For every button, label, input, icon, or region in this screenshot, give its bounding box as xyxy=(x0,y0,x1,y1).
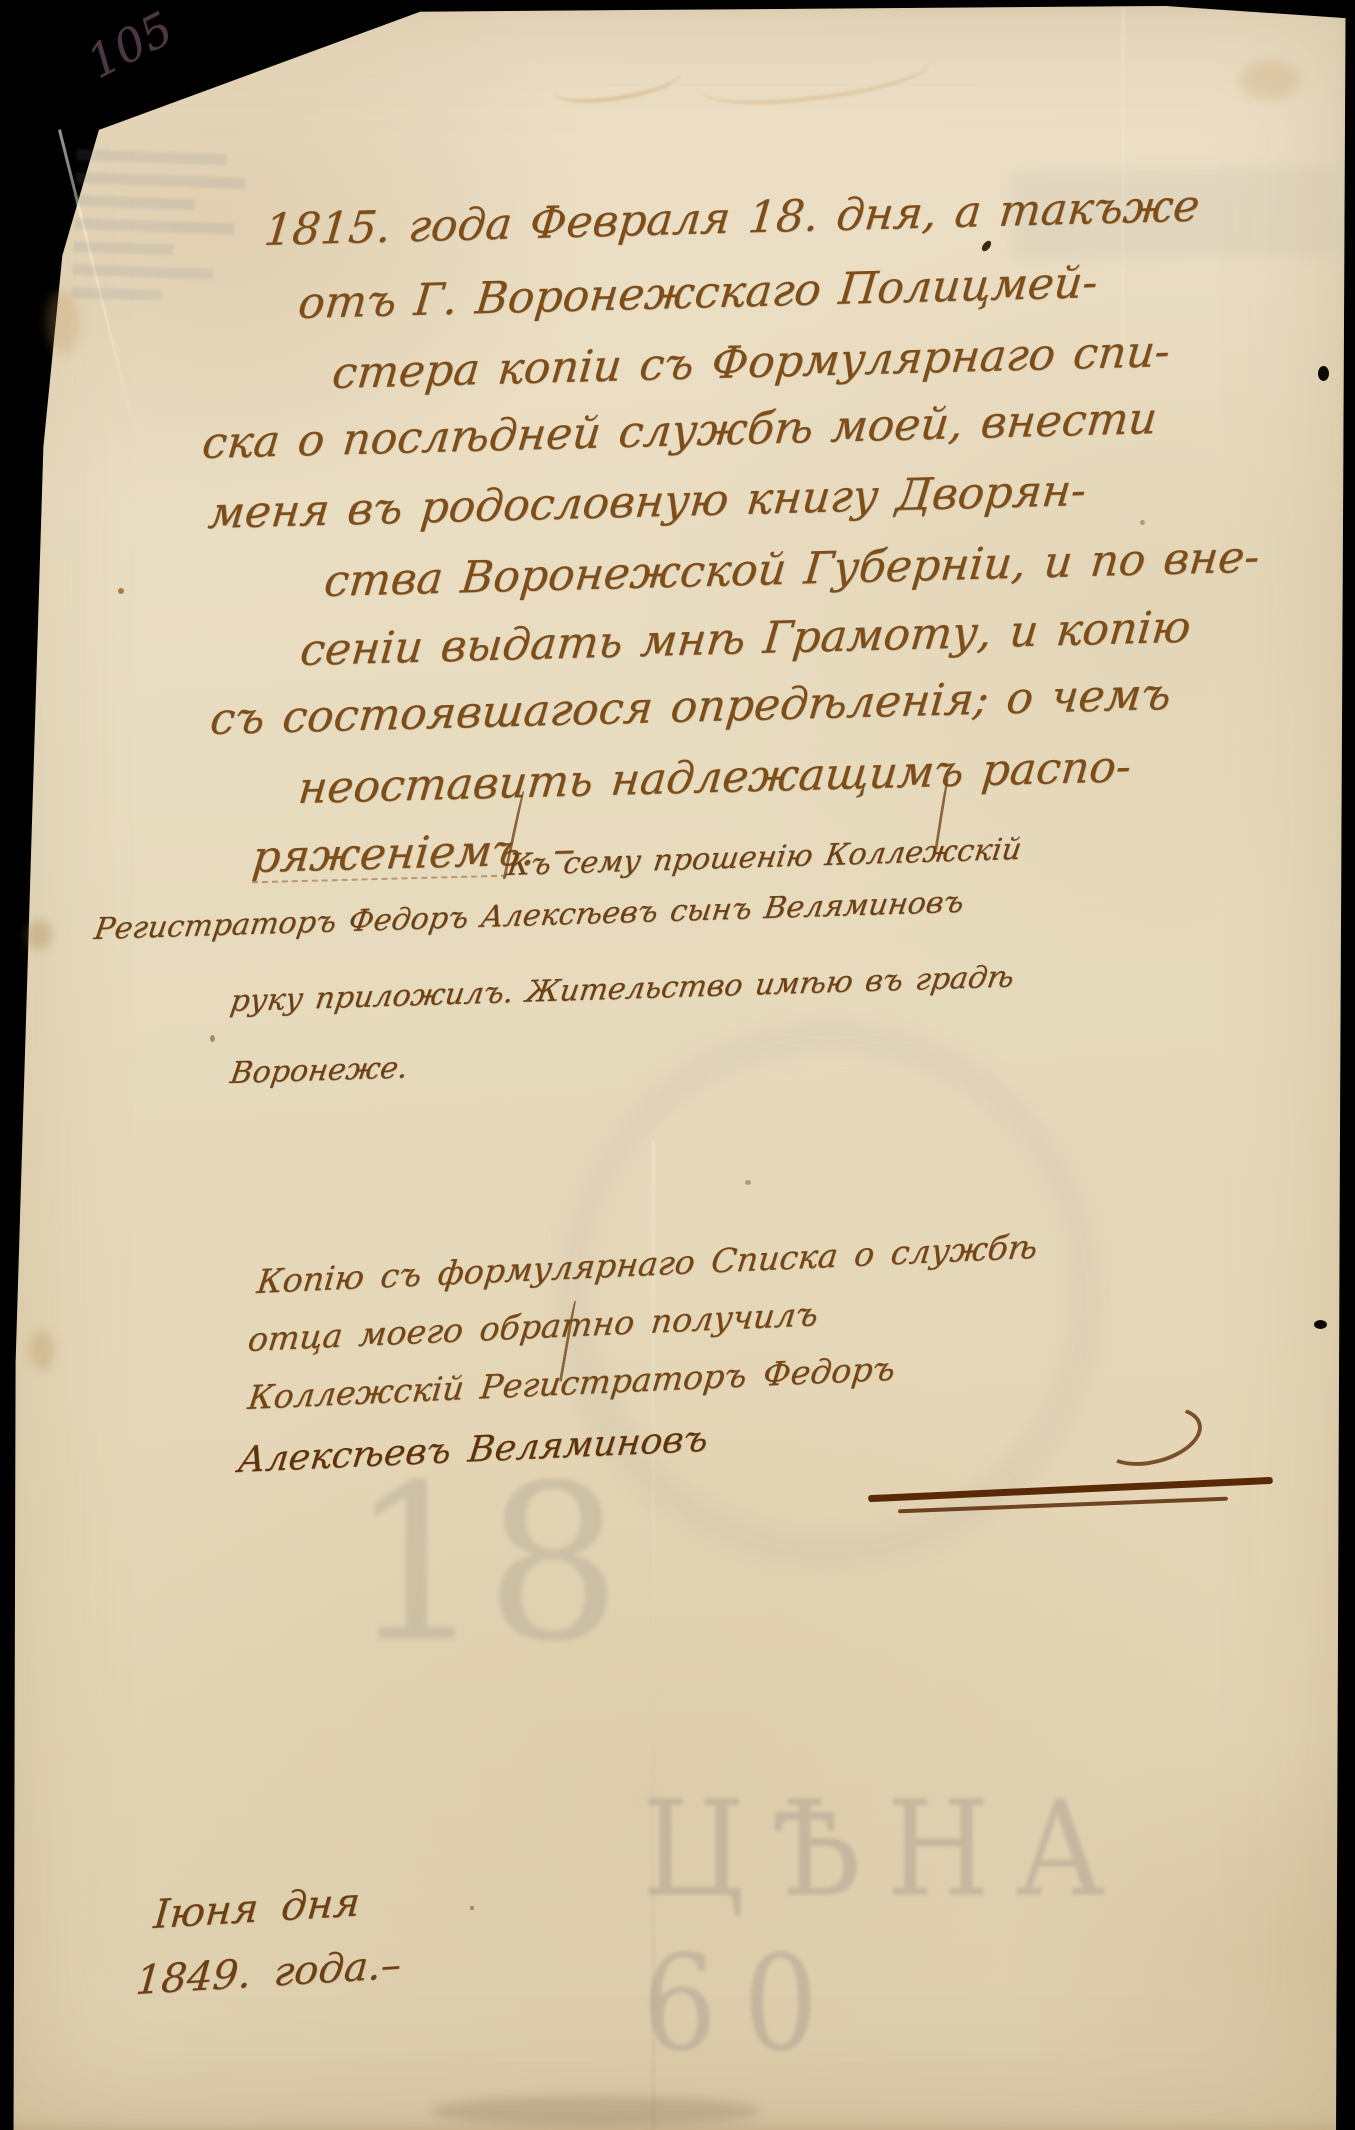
ink-speck xyxy=(118,588,124,594)
stain xyxy=(46,290,80,354)
ink-speck xyxy=(470,1906,474,1910)
stamp-ghost xyxy=(556,1020,1104,1568)
ink-speck xyxy=(1140,520,1145,525)
ink-speck xyxy=(1314,1320,1327,1329)
attestation-line-4: Воронеже. xyxy=(228,1050,410,1091)
ink-speck xyxy=(745,1180,751,1185)
ink-speck xyxy=(1318,366,1329,381)
page-number: 105 xyxy=(79,1,182,89)
ink-speck xyxy=(210,1035,215,1042)
stain xyxy=(30,1330,54,1370)
watermark-year-fragment: 18 xyxy=(348,1438,622,1689)
watermark-price-text: ЦѢНА 60 xyxy=(642,1771,1355,2080)
faint-print-ghost xyxy=(57,137,262,439)
edge-shadow xyxy=(430,2096,760,2126)
stain xyxy=(1240,60,1300,100)
stain xyxy=(26,920,52,950)
photographed-document: 18 ЦѢНА 60 105 1815. года Февраля 18. дн… xyxy=(0,0,1355,2130)
